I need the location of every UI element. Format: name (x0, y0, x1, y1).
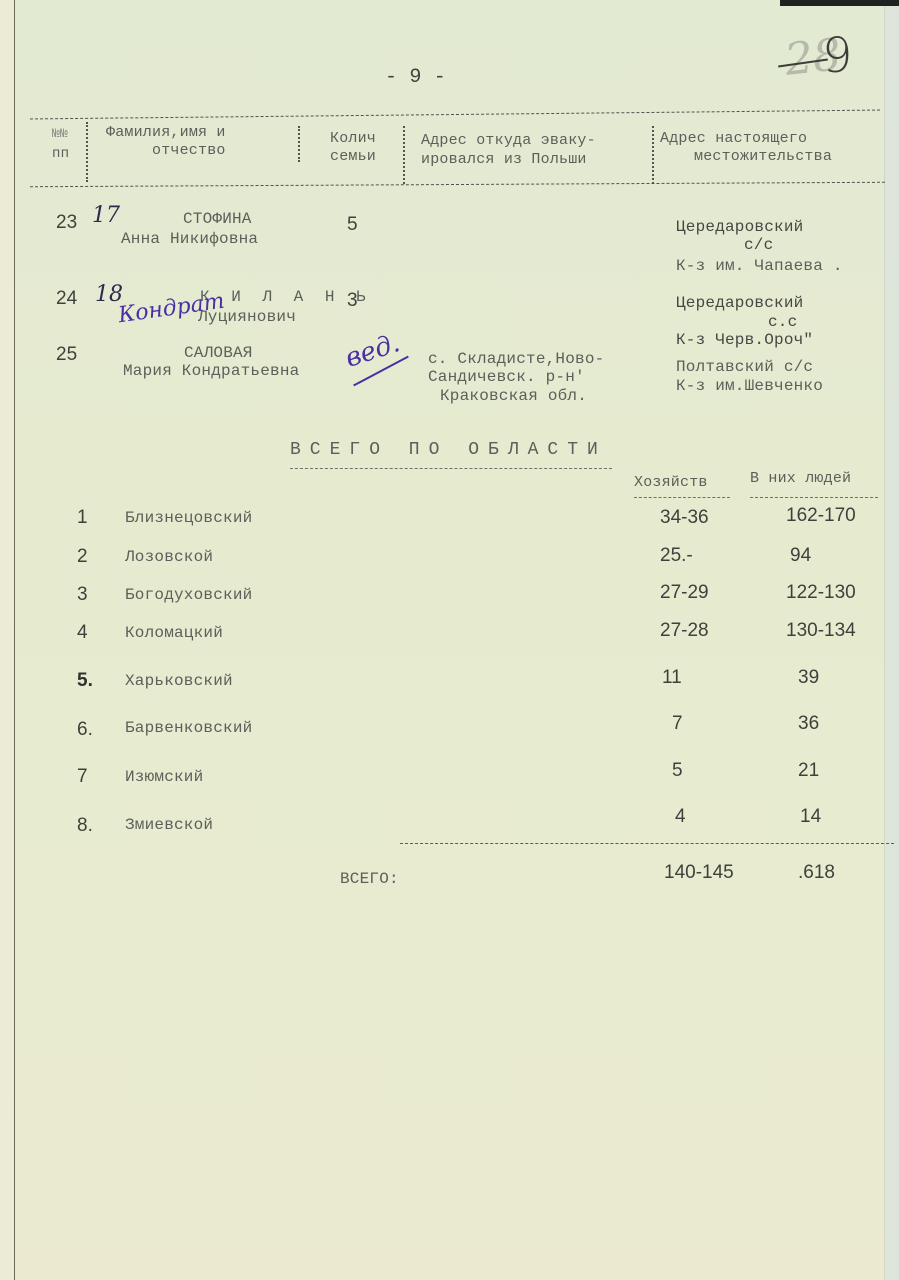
summary-row-number: 7 (77, 766, 88, 788)
current-address-line1: Полтавский с/с (676, 358, 813, 376)
header-family-line2: семьи (330, 148, 376, 165)
district-name: Коломацкий (125, 624, 223, 642)
col-households-header: Хозяйств (634, 474, 708, 491)
handwritten-number: 17 (92, 203, 120, 228)
people-value: 39 (798, 667, 819, 689)
header-number-line1: №№ (52, 126, 68, 141)
district-name: Харьковский (125, 672, 233, 690)
people-value: 14 (800, 806, 821, 828)
people-value: 94 (790, 545, 811, 567)
surname: СТОФИНА (183, 210, 252, 228)
from-address-line3: Краковская обл. (440, 387, 587, 405)
given-names: Анна Никифовна (121, 230, 258, 248)
summary-title-underline (290, 468, 612, 469)
people-value: 21 (798, 760, 819, 782)
total-people: .618 (798, 862, 835, 884)
summary-row-number: 1 (77, 507, 88, 529)
header-current-line1: Адрес настоящего (660, 130, 807, 147)
header-name-line1: Фамилия,имя и (106, 124, 226, 141)
district-name: Близнецовский (125, 509, 252, 527)
district-name: Изюмский (125, 768, 203, 786)
people-value: 130-134 (786, 620, 856, 642)
summary-row-number: 8. (77, 815, 93, 837)
people-value: 36 (798, 713, 819, 735)
summary-row-number: 4 (77, 622, 88, 644)
row-number: 24 (56, 288, 77, 310)
given-names: Мария Кондратьевна (123, 362, 299, 380)
summary-row-number: 5. (77, 670, 93, 692)
header-bottom-rule (30, 182, 885, 187)
header-divider (298, 126, 300, 162)
col-households-underline (634, 497, 730, 498)
people-value: 122-130 (786, 582, 856, 604)
total-households: 140-145 (664, 862, 734, 884)
current-address-line2: с/с (744, 236, 773, 254)
header-from-line2: ировался из Польши (421, 151, 587, 168)
header-name-line2: отчество (152, 142, 226, 159)
district-name: Богодуховский (125, 586, 252, 604)
total-label: ВСЕГО: (340, 870, 399, 888)
family-size: 5 (347, 214, 358, 236)
households-value: 4 (675, 806, 686, 828)
family-size: 3 (347, 290, 358, 312)
header-family-line1: Колич (330, 130, 376, 147)
households-value: 25.- (660, 545, 693, 567)
header-divider (86, 122, 88, 182)
district-name: Змиевской (125, 816, 213, 834)
row-number: 25 (56, 344, 77, 366)
current-address-line1: Цередаровский (676, 294, 803, 312)
current-address-line3: К-з Черв.Ороч" (676, 331, 813, 349)
summary-title: ВСЕГО ПО ОБЛАСТИ (290, 440, 607, 460)
current-address-line2: К-з им.Шевченко (676, 377, 823, 395)
folio-number: 9 (822, 28, 853, 84)
current-address-line2: с.с (768, 313, 797, 331)
households-value: 27-28 (660, 620, 709, 642)
document-page: - 9 - 28 9 №№ пп Фамилия,имя и отчество … (0, 0, 899, 1280)
from-address-line1: с. Складисте,Ново- (428, 350, 604, 368)
handwritten-note: вед. (342, 328, 404, 374)
binding-edge (0, 0, 15, 1280)
district-name: Лозовской (125, 548, 213, 566)
header-current-line2: местожительства (694, 148, 832, 165)
from-address-line2: Сандичевск. р-н' (428, 368, 585, 386)
header-number-line2: пп (52, 146, 69, 162)
scan-shadow (780, 0, 899, 6)
header-divider (652, 126, 654, 184)
row-number: 23 (56, 212, 77, 234)
summary-row-number: 6. (77, 719, 93, 741)
current-address-line1: Цередаровский (676, 218, 803, 236)
col-people-header: В них людей (750, 470, 851, 487)
header-divider (403, 126, 405, 184)
summary-row-number: 2 (77, 546, 88, 568)
households-value: 27-29 (660, 582, 709, 604)
households-value: 5 (672, 760, 683, 782)
households-value: 11 (662, 667, 682, 689)
households-value: 7 (672, 713, 683, 735)
people-value: 162-170 (786, 505, 856, 527)
total-rule (400, 843, 894, 844)
page-right-edge (884, 0, 899, 1280)
header-from-line1: Адрес откуда эваку- (421, 132, 596, 149)
surname: САЛОВАЯ (184, 344, 253, 362)
page-number: - 9 - (385, 66, 446, 89)
surname: К И Л А Н Ь (200, 288, 372, 306)
header-top-rule (30, 110, 880, 120)
col-people-underline (750, 497, 878, 498)
current-address-line3: К-з им. Чапаева . (676, 257, 843, 275)
district-name: Барвенковский (125, 719, 252, 737)
households-value: 34-36 (660, 507, 709, 529)
summary-row-number: 3 (77, 584, 88, 606)
